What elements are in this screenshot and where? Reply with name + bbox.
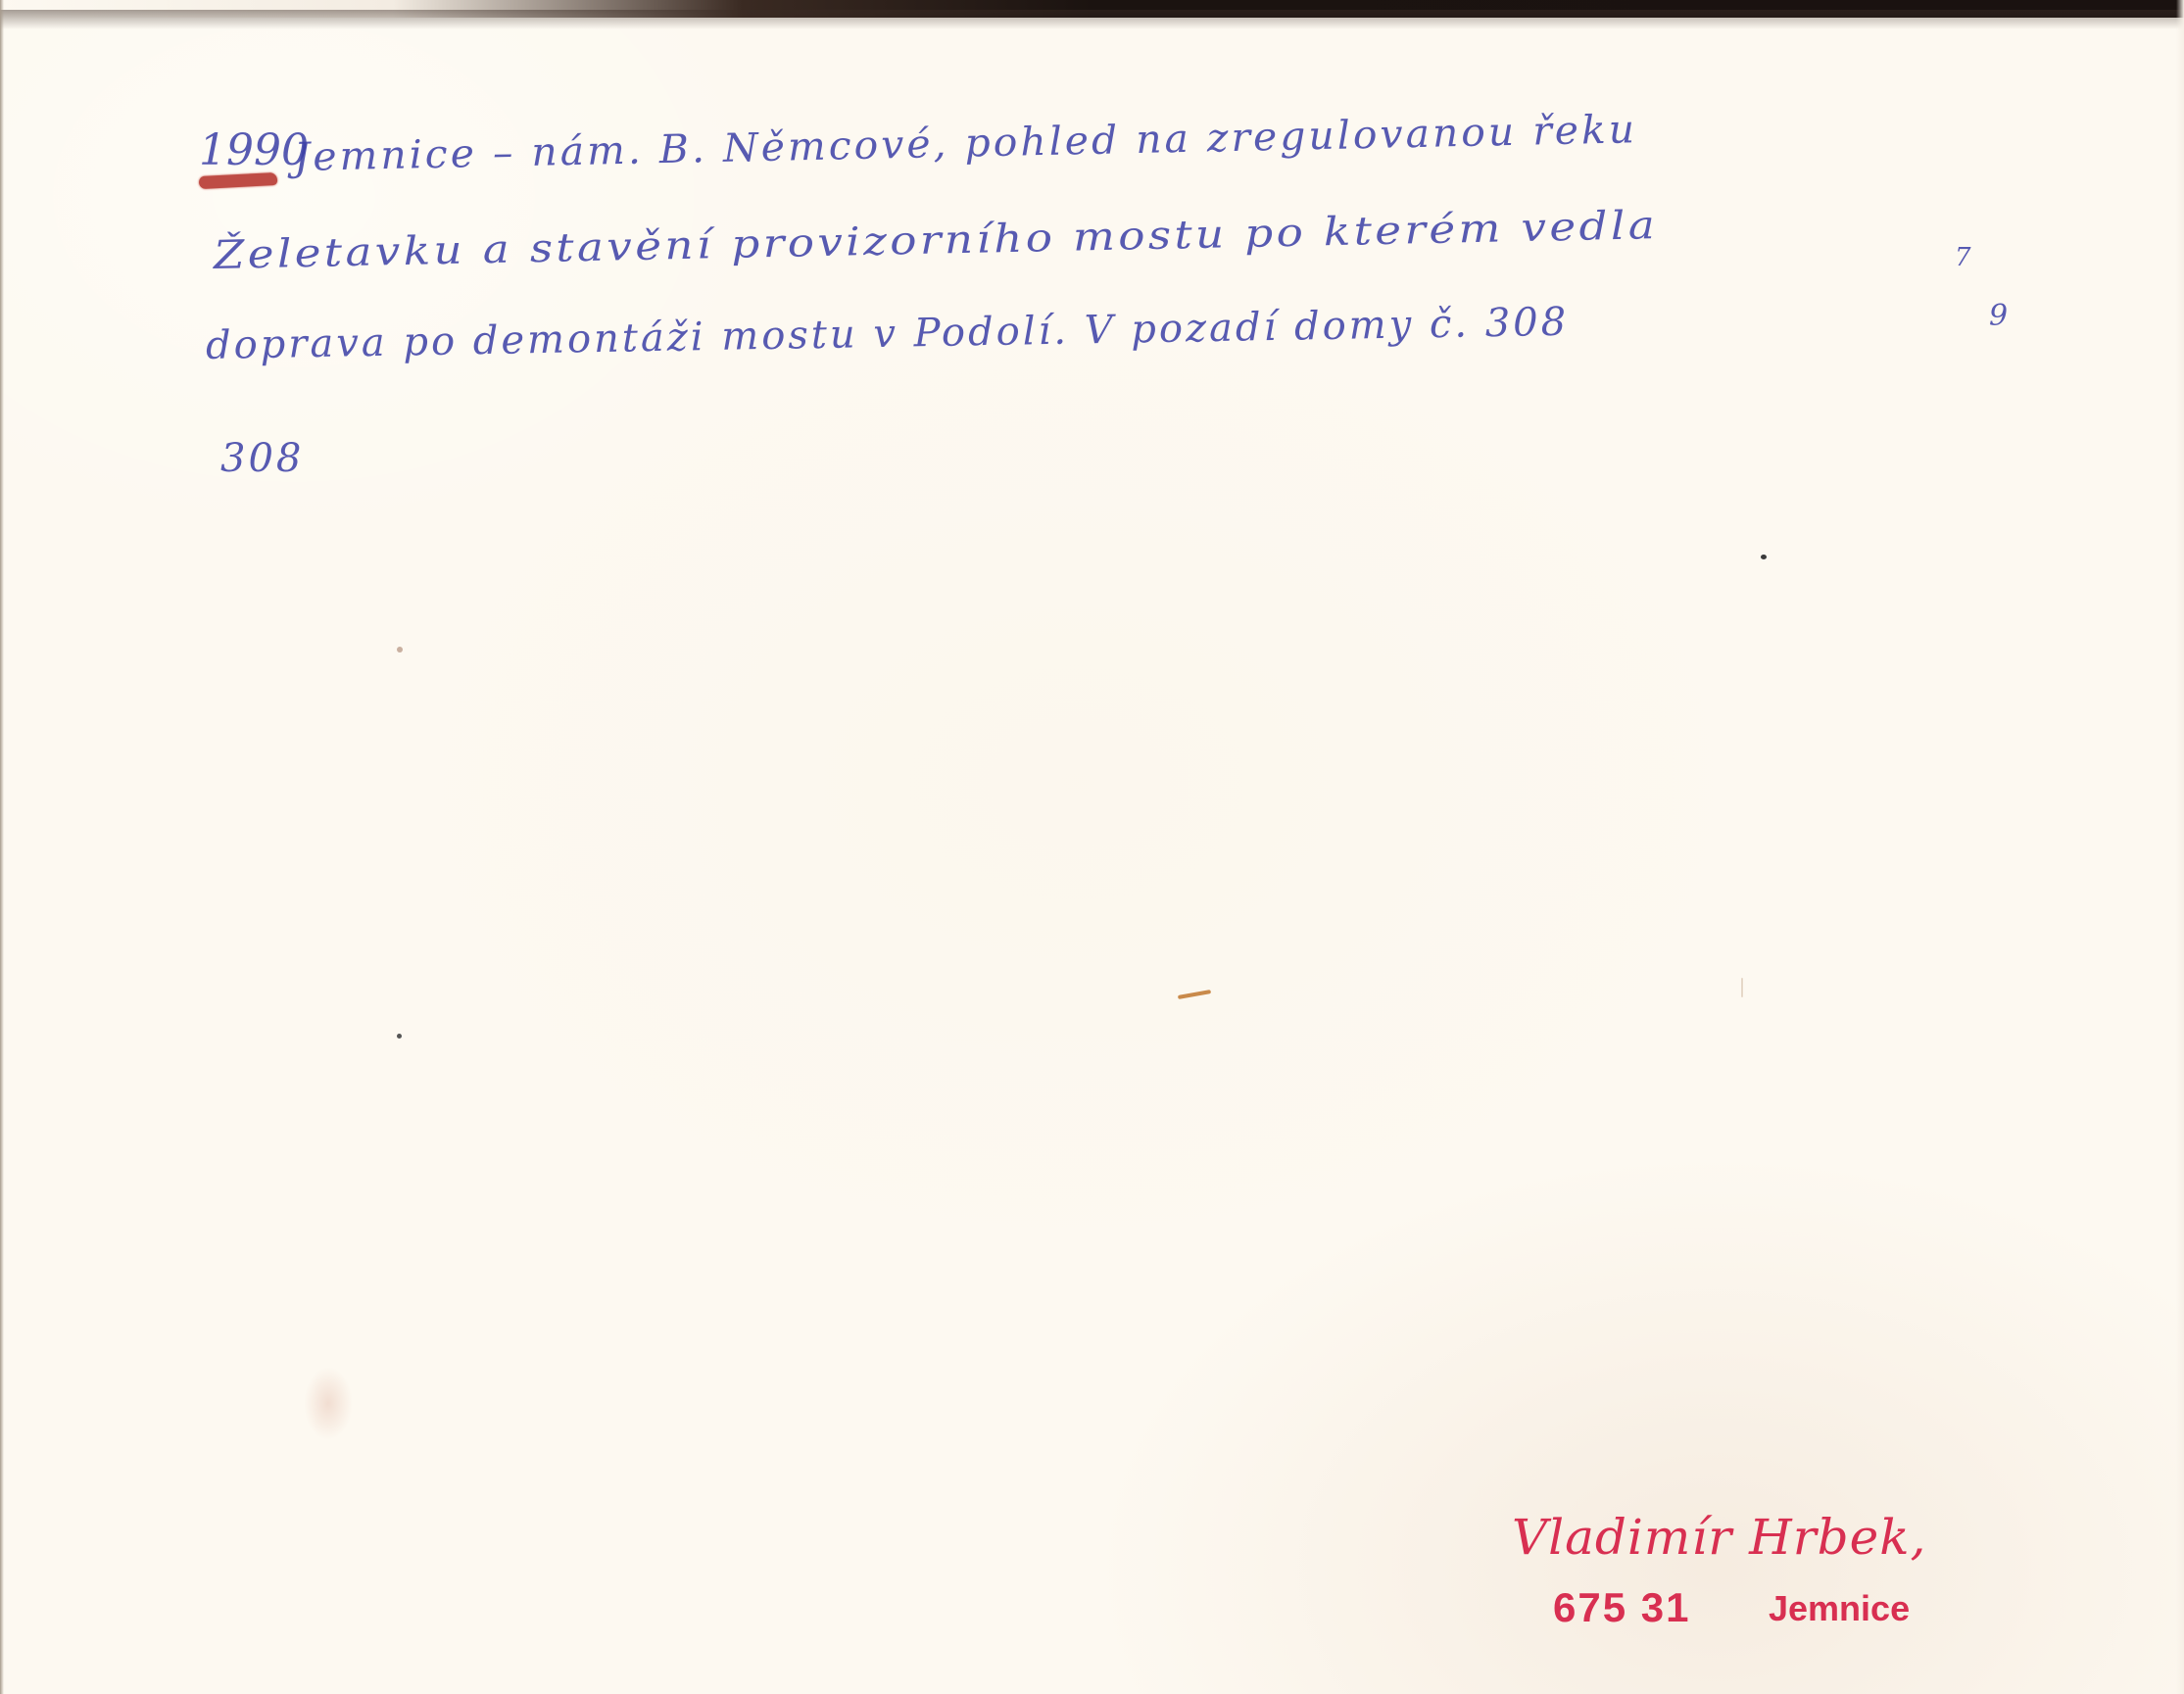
scan-left-edge — [0, 0, 4, 1694]
stamp-postal-code: 675 31 — [1553, 1584, 1690, 1631]
scan-right-edge — [2176, 0, 2184, 1694]
paper-mark — [1741, 978, 1743, 997]
note-line-4: 308 — [220, 436, 304, 481]
note-correction-superscript: 7 — [1955, 243, 1971, 272]
note-year: 1990 — [199, 125, 309, 175]
stamp-city: Jemnice — [1769, 1588, 1910, 1629]
paper-stain — [304, 1367, 353, 1440]
paper-speck — [397, 647, 403, 653]
stamp-name: Vladimír Hrbek, — [1512, 1509, 1926, 1566]
note-trailing-digit: 9 — [1989, 299, 2008, 333]
paper-speck — [397, 1034, 402, 1039]
scanned-document: 1990 Jemnice – nám. B. Němcové, pohled n… — [0, 0, 2184, 1694]
scan-top-shadow — [0, 10, 2184, 29]
paper-speck — [1761, 555, 1767, 559]
